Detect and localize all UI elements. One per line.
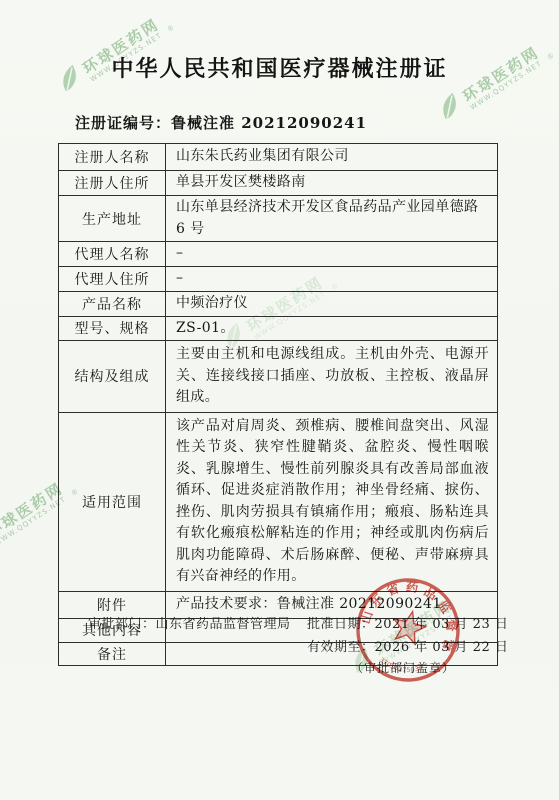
table-row: 生产地址 山东单县经济技术开发区食品药品产业园单德路 6 号 [59,196,498,242]
row-label: 备注 [59,642,166,665]
table-row: 产品名称 中频治疗仪 [59,291,498,316]
row-label: 产品名称 [59,291,166,316]
approval-date-value: 2021 年 03 月 23 日 [375,617,509,632]
row-label: 型号、规格 [59,316,166,341]
row-value: ZS-01。 [166,316,498,341]
valid-until-line: 有效期至：2026 年 03 月 22 日 [307,636,508,659]
approval-date-label: 批准日期： [307,617,375,632]
row-label: 适用范围 [59,412,166,591]
approval-department-value: 山东省药品监督管理局 [156,617,291,632]
row-label: 代理人名称 [59,242,166,267]
table-row: 代理人名称 – [59,242,498,267]
row-value: 山东单县经济技术开发区食品药品产业园单德路 6 号 [166,196,498,242]
row-value: 山东朱氏药业集团有限公司 [166,144,498,171]
registration-number-label: 注册证编号： [75,114,171,132]
row-label: 结构及组成 [59,341,166,413]
row-value: – [166,266,498,291]
table-row: 型号、规格 ZS-01。 [59,316,498,341]
seal-note: （审批部门盖章） [351,659,455,676]
approval-date-line: 批准日期：2021 年 03 月 23 日 [307,613,508,636]
valid-until-value: 2026 年 03 月 22 日 [375,640,509,655]
row-value: 主要由主机和电源线组成。主机由外壳、电源开关、连接线接口插座、功放板、主控板、液… [166,341,498,413]
row-value: – [166,242,498,267]
page-title: 中华人民共和国医疗器械注册证 [0,52,559,83]
table-row: 结构及组成 主要由主机和电源线组成。主机由外壳、电源开关、连接线接口插座、功放板… [59,341,498,413]
approval-department-line: 审批部门：山东省药品监督管理局 [88,613,291,632]
row-label: 注册人住所 [59,171,166,196]
certificate-table: 注册人名称 山东朱氏药业集团有限公司 注册人住所 单县开发区樊楼路南 生产地址 … [58,143,498,666]
table-row: 注册人住所 单县开发区樊楼路南 [59,171,498,196]
approval-department-label: 审批部门： [88,617,156,632]
registration-number-line: 注册证编号：鲁械注准 20212090241 [75,112,367,133]
row-label: 生产地址 [59,196,166,242]
table-row: 适用范围 该产品对肩周炎、颈椎病、腰椎间盘突出、风湿性关节炎、狭窄性腱鞘炎、盆腔… [59,412,498,591]
row-label: 代理人住所 [59,266,166,291]
registered-trademark-icon: ® [166,23,176,34]
row-value: 单县开发区樊楼路南 [166,171,498,196]
registration-number-value: 鲁械注准 20212090241 [171,114,367,132]
row-label: 注册人名称 [59,144,166,171]
leaf-logo-icon [432,89,470,128]
valid-until-label: 有效期至： [307,640,375,655]
table-row: 代理人住所 – [59,266,498,291]
watermark-site-name: 环球医药网 [0,481,67,542]
approval-dates-block: 批准日期：2021 年 03 月 23 日 有效期至：2026 年 03 月 2… [307,613,508,659]
row-value: 中频治疗仪 [166,291,498,316]
row-value: 该产品对肩周炎、颈椎病、腰椎间盘突出、风湿性关节炎、狭窄性腱鞘炎、盆腔炎、慢性咽… [166,412,498,591]
table-row: 注册人名称 山东朱氏药业集团有限公司 [59,144,498,171]
